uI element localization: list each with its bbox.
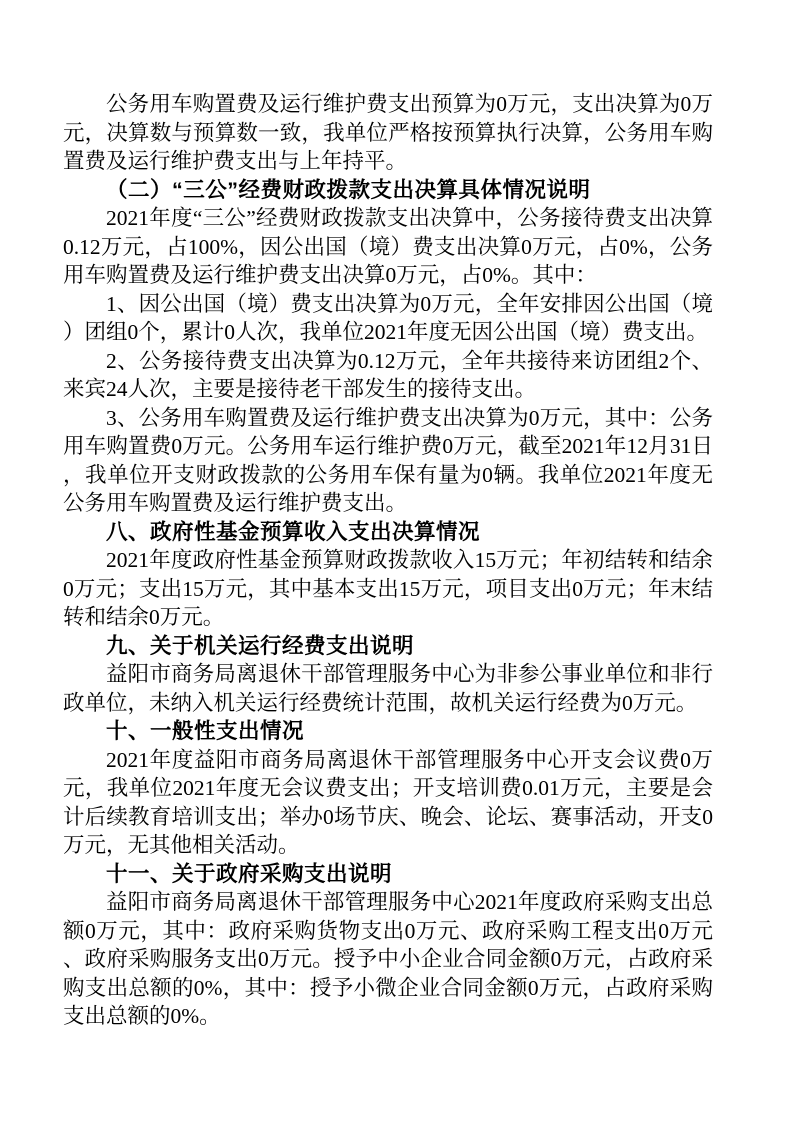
- paragraph: 2021年度益阳市商务局离退休干部管理服务中心开支会议费0万元，我单位2021年…: [63, 746, 713, 860]
- paragraph: 1、因公出国（境）费支出决算为0万元，全年安排因公出国（境）团组0个，累计0人次…: [63, 290, 713, 347]
- document-body: 公务用车购置费及运行维护费支出预算为0万元，支出决算为0万元，决算数与预算数一致…: [63, 90, 713, 1031]
- document-page: 公务用车购置费及运行维护费支出预算为0万元，支出决算为0万元，决算数与预算数一致…: [0, 0, 793, 1122]
- section-heading: 八、政府性基金预算收入支出决算情况: [63, 518, 713, 547]
- paragraph: 公务用车购置费及运行维护费支出预算为0万元，支出决算为0万元，决算数与预算数一致…: [63, 90, 713, 176]
- paragraph: 益阳市商务局离退休干部管理服务中心2021年度政府采购支出总额0万元，其中：政府…: [63, 888, 713, 1031]
- paragraph: 2、公务接待费支出决算为0.12万元，全年共接待来访团组2个、来宾24人次，主要…: [63, 347, 713, 404]
- paragraph: 2021年度“三公”经费财政拨款支出决算中，公务接待费支出决算0.12万元，占1…: [63, 204, 713, 290]
- paragraph: 3、公务用车购置费及运行维护费支出决算为0万元，其中：公务用车购置费0万元。公务…: [63, 404, 713, 518]
- section-heading: （二）“三公”经费财政拨款支出决算具体情况说明: [63, 176, 713, 205]
- paragraph: 益阳市商务局离退休干部管理服务中心为非参公事业单位和非行政单位，未纳入机关运行经…: [63, 660, 713, 717]
- section-heading: 九、关于机关运行经费支出说明: [63, 632, 713, 661]
- section-heading: 十、一般性支出情况: [63, 717, 713, 746]
- section-heading: 十一、关于政府采购支出说明: [63, 860, 713, 889]
- paragraph: 2021年度政府性基金预算财政拨款收入15万元；年初结转和结余0万元；支出15万…: [63, 546, 713, 632]
